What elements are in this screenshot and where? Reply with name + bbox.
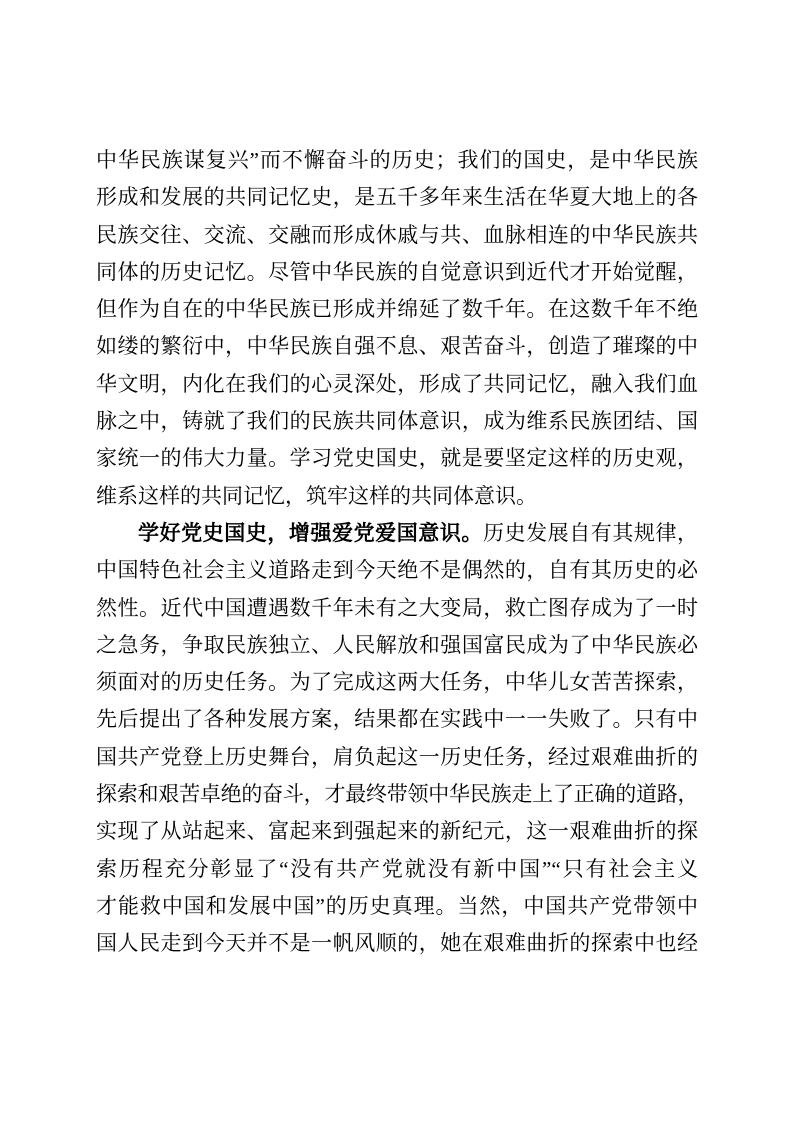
text-line: 先后提出了各种发展方案，结果都在实践中一一失败了。只有中 [96, 701, 698, 738]
text-line: 中国特色社会主义道路走到今天绝不是偶然的，自有其历史的必 [96, 552, 698, 589]
text-run: 先后提出了各种发展方案，结果都在实践中一一失败了。只有中 [96, 707, 698, 731]
text-run: 历史发展自有其规律， [483, 521, 698, 545]
text-run: 脉之中，铸就了我们的民族共同体意识，成为维系民族团结、国 [96, 409, 698, 433]
text-run: 实现了从站起来、富起来到强起来的新纪元，这一艰难曲折的探 [96, 819, 698, 843]
document-body: 中华民族谋复兴”而不懈奋斗的历史；我们的国史，是中华民族形成和发展的共同记忆史，… [96, 142, 698, 963]
document-page: 中华民族谋复兴”而不懈奋斗的历史；我们的国史，是中华民族形成和发展的共同记忆史，… [0, 0, 793, 1122]
text-line: 然性。近代中国遭遇数千年未有之大变局，救亡图存成为了一时 [96, 590, 698, 627]
text-line: 脉之中，铸就了我们的民族共同体意识，成为维系民族团结、国 [96, 403, 698, 440]
text-run: 形成和发展的共同记忆史，是五千多年来生活在华夏大地上的各 [96, 185, 698, 209]
text-run: 探索和艰苦卓绝的奋斗，才最终带领中华民族走上了正确的道路， [96, 782, 698, 806]
text-line: 之急务，争取民族独立、人民解放和强国富民成为了中华民族必 [96, 627, 698, 664]
paragraph: 学好党史国史，增强爱党爱国意识。历史发展自有其规律，中国特色社会主义道路走到今天… [96, 515, 698, 963]
text-line: 华文明，内化在我们的心灵深处，形成了共同记忆，融入我们血 [96, 366, 698, 403]
text-line: 维系这样的共同记忆，筑牢这样的共同体意识。 [96, 478, 698, 515]
text-line: 但作为自在的中华民族已形成并绵延了数千年。在这数千年不绝 [96, 291, 698, 328]
text-run: 家统一的伟大力量。学习党史国史，就是要坚定这样的历史观， [96, 446, 698, 470]
text-run: 中国特色社会主义道路走到今天绝不是偶然的，自有其历史的必 [96, 558, 698, 582]
text-line: 同体的历史记忆。尽管中华民族的自觉意识到近代才开始觉醒， [96, 254, 698, 291]
text-line: 国人民走到今天并不是一帆风顺的，她在艰难曲折的探索中也经 [96, 925, 698, 962]
text-line: 索历程充分彰显了“没有共产党就没有新中国”“只有社会主义 [96, 851, 698, 888]
text-line: 家统一的伟大力量。学习党史国史，就是要坚定这样的历史观， [96, 440, 698, 477]
text-line: 形成和发展的共同记忆史，是五千多年来生活在华夏大地上的各 [96, 179, 698, 216]
text-run: 然性。近代中国遭遇数千年未有之大变局，救亡图存成为了一时 [96, 596, 698, 620]
text-line: 实现了从站起来、富起来到强起来的新纪元，这一艰难曲折的探 [96, 813, 698, 850]
text-line: 国共产党登上历史舞台，肩负起这一历史任务，经过艰难曲折的 [96, 739, 698, 776]
text-run: 国共产党登上历史舞台，肩负起这一历史任务，经过艰难曲折的 [96, 745, 698, 769]
text-line: 如缕的繁衍中，中华民族自强不息、艰苦奋斗，创造了璀璨的中 [96, 328, 698, 365]
text-run: 但作为自在的中华民族已形成并绵延了数千年。在这数千年不绝 [96, 297, 698, 321]
text-run: 索历程充分彰显了“没有共产党就没有新中国”“只有社会主义 [96, 857, 698, 881]
text-run: 中华民族谋复兴”而不懈奋斗的历史；我们的国史，是中华民族 [96, 148, 698, 172]
text-run: 维系这样的共同记忆，筑牢这样的共同体意识。 [96, 484, 537, 508]
text-line: 学好党史国史，增强爱党爱国意识。历史发展自有其规律， [96, 515, 698, 552]
text-run: 同体的历史记忆。尽管中华民族的自觉意识到近代才开始觉醒， [96, 260, 698, 284]
text-run: 才能救中国和发展中国”的历史真理。当然，中国共产党带领中 [96, 894, 698, 918]
text-run: 须面对的历史任务。为了完成这两大任务，中华儿女苦苦探索， [96, 670, 698, 694]
bold-text-run: 学好党史国史，增强爱党爱国意识。 [138, 522, 483, 545]
text-run: 如缕的繁衍中，中华民族自强不息、艰苦奋斗，创造了璀璨的中 [96, 334, 698, 358]
text-run: 国人民走到今天并不是一帆风顺的，她在艰难曲折的探索中也经 [96, 931, 698, 955]
text-line: 中华民族谋复兴”而不懈奋斗的历史；我们的国史，是中华民族 [96, 142, 698, 179]
text-run: 华文明，内化在我们的心灵深处，形成了共同记忆，融入我们血 [96, 372, 698, 396]
text-line: 才能救中国和发展中国”的历史真理。当然，中国共产党带领中 [96, 888, 698, 925]
text-line: 须面对的历史任务。为了完成这两大任务，中华儿女苦苦探索， [96, 664, 698, 701]
paragraph: 中华民族谋复兴”而不懈奋斗的历史；我们的国史，是中华民族形成和发展的共同记忆史，… [96, 142, 698, 515]
text-line: 探索和艰苦卓绝的奋斗，才最终带领中华民族走上了正确的道路， [96, 776, 698, 813]
text-run: 民族交往、交流、交融而形成休戚与共、血脉相连的中华民族共 [96, 223, 698, 247]
text-line: 民族交往、交流、交融而形成休戚与共、血脉相连的中华民族共 [96, 217, 698, 254]
text-run: 之急务，争取民族独立、人民解放和强国富民成为了中华民族必 [96, 633, 698, 657]
